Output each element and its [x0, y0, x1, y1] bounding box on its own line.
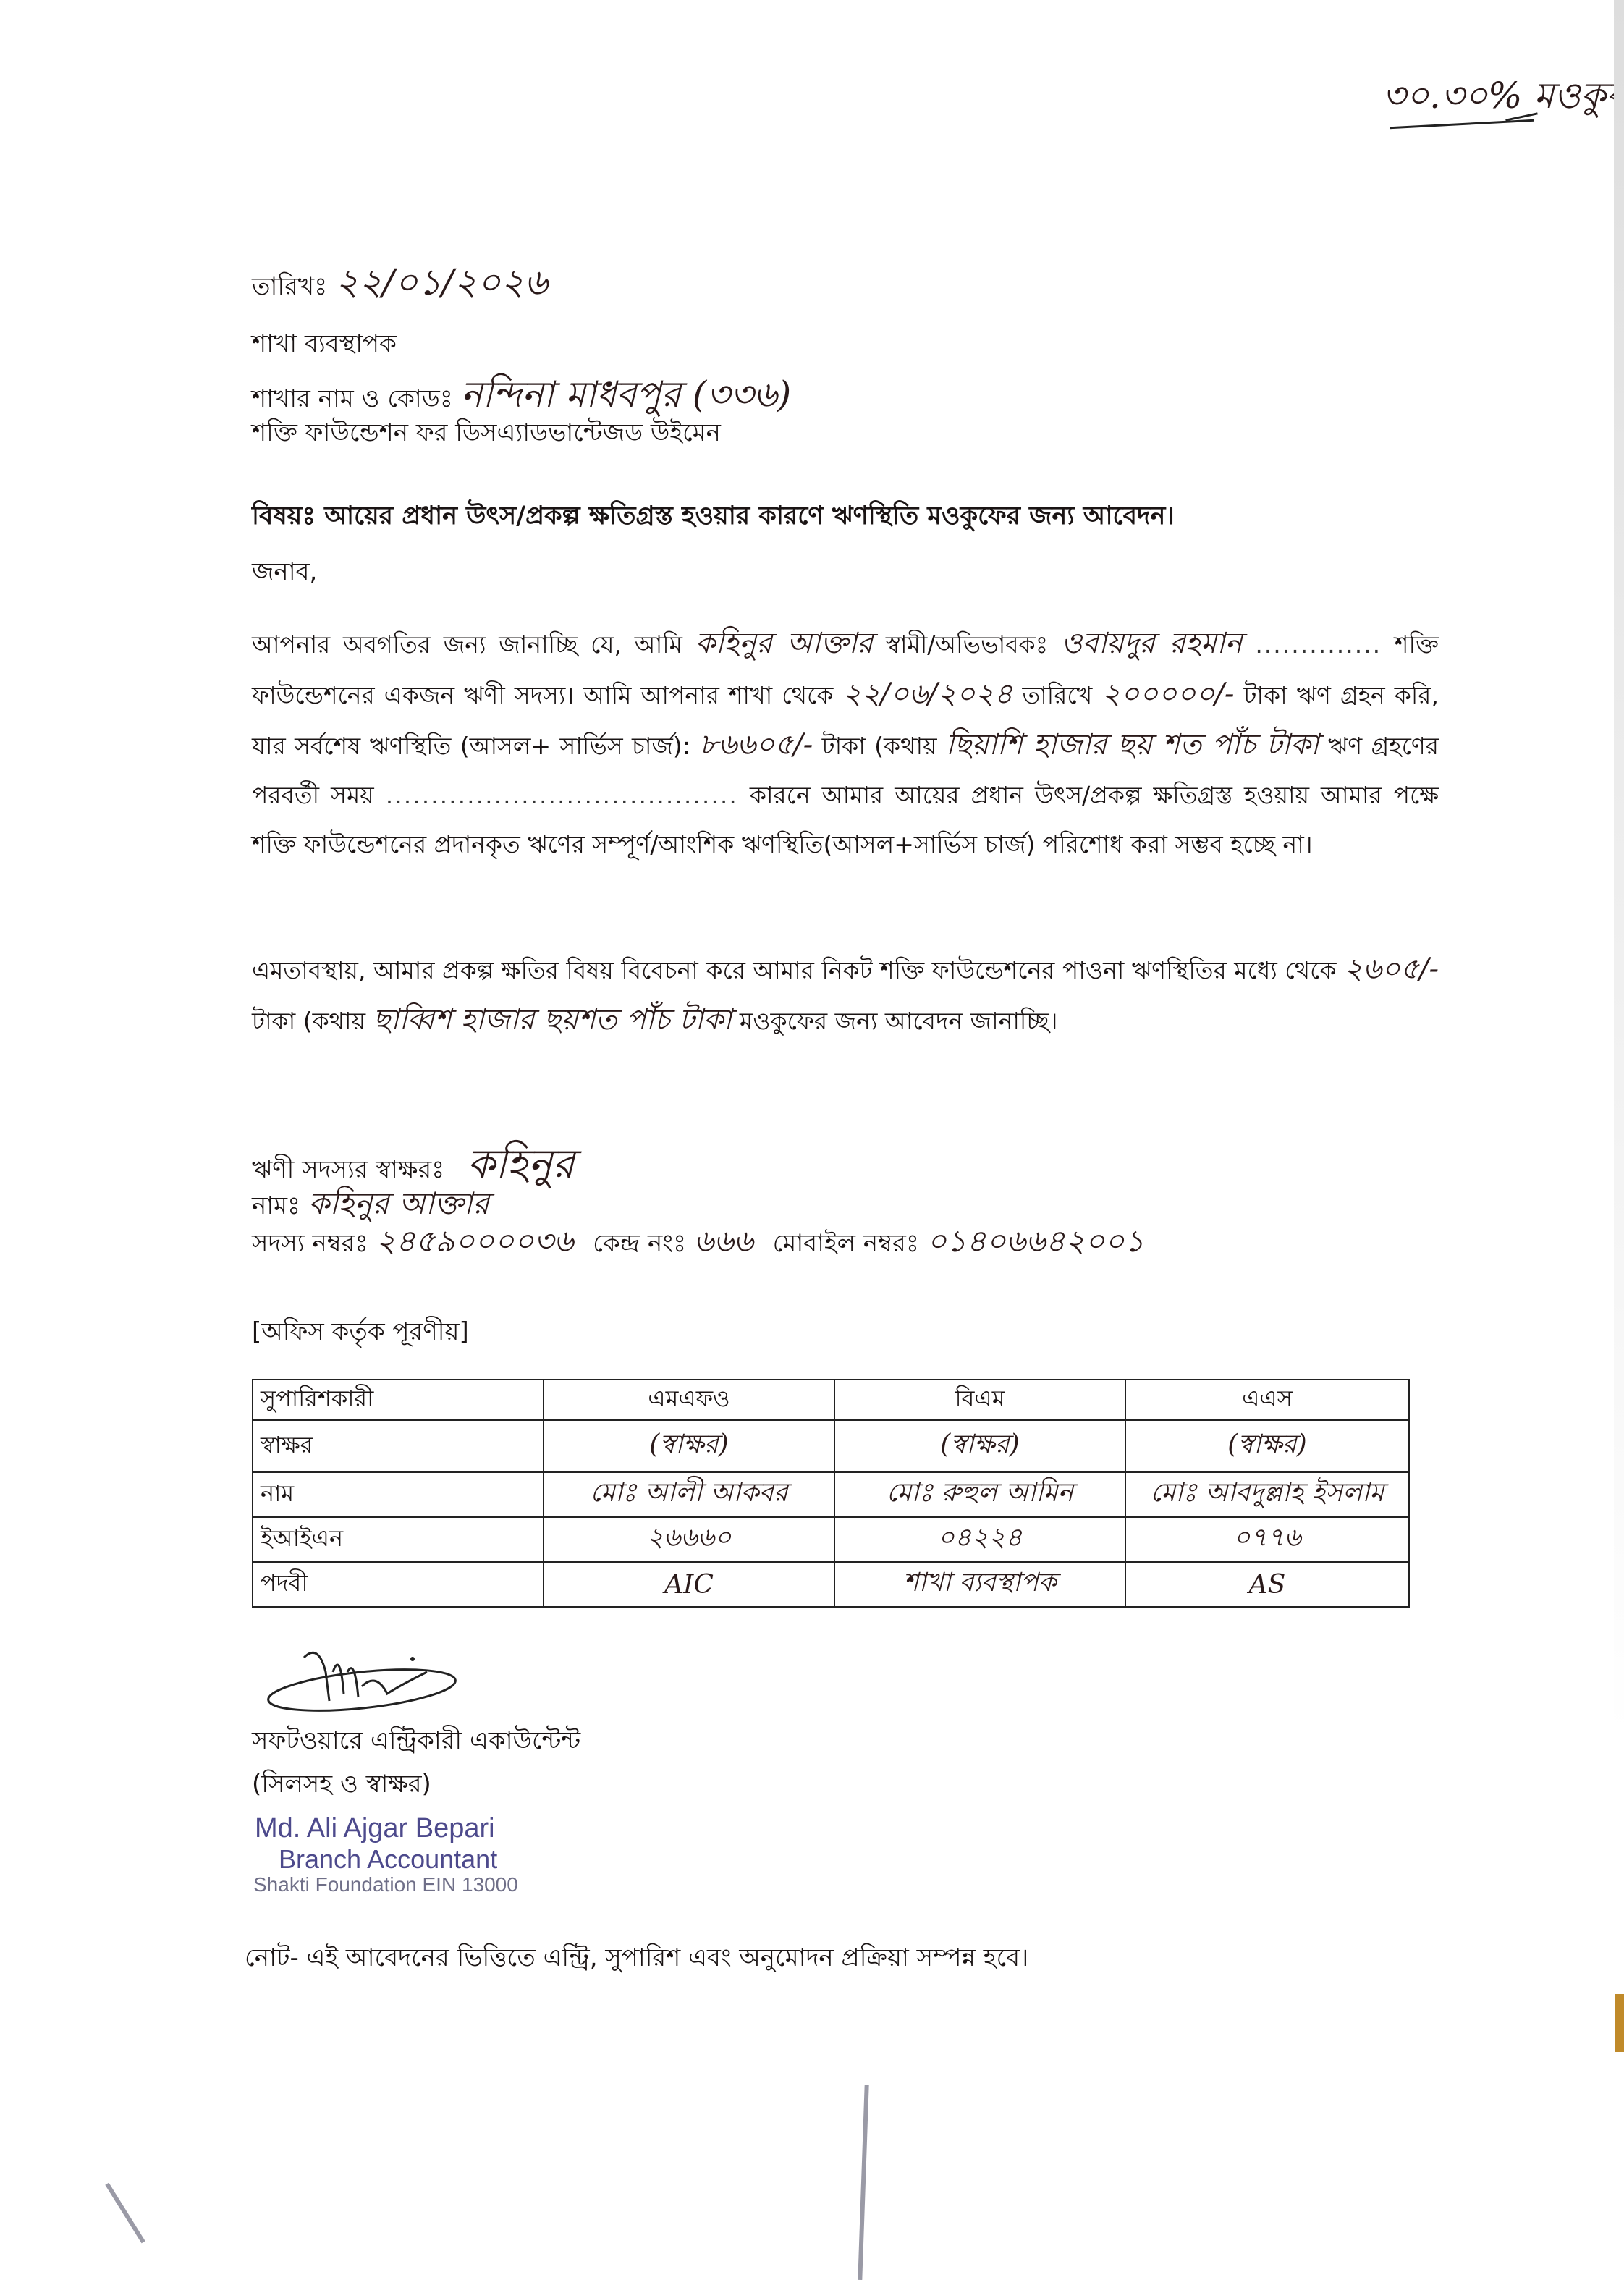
organization-name: শক্তি ফাউন্ডেশন ফর ডিসএ্যাডভান্টেজড উইমে… — [252, 418, 721, 448]
office-use-note: [অফিস কর্তৃক পূরণীয়] — [252, 1317, 469, 1347]
footer-note: নোট- এই আবেদনের ভিত্তিতে এন্ট্রি, সুপারি… — [245, 1943, 1028, 1973]
waiver-words-field: ছাব্বিশ হাজার ছয়শত পাঁচ টাকা — [373, 1003, 732, 1036]
table-row: পদবী AIC শাখা ব্যবস্থাপক AS — [253, 1562, 1409, 1607]
header-cell: এমএফও — [544, 1380, 834, 1420]
row-label: ইআইএন — [253, 1517, 544, 1562]
scan-scratch — [858, 2085, 868, 2280]
text: টাকা (কথায় — [252, 1007, 365, 1035]
table-row: স্বাক্ষর (স্বাক্ষর) (স্বাক্ষর) (স্বাক্ষর… — [253, 1420, 1409, 1472]
text: তারিখে — [1022, 681, 1092, 709]
table-row: নাম মোঃ আলী আকবর মোঃ রুহুল আমিন মোঃ আবদু… — [253, 1472, 1409, 1517]
salutation: জনাব, — [252, 557, 317, 587]
date-label: তারিখঃ — [252, 272, 327, 301]
guardian-name-field: ওবায়দুর রহমান — [1061, 627, 1243, 660]
recommendation-table: সুপারিশকারী এমএফও বিএম এএস স্বাক্ষর (স্ব… — [252, 1379, 1410, 1608]
center-value: ৬৬৬ — [694, 1223, 753, 1259]
table-cell: ০৪২২৪ — [834, 1517, 1125, 1562]
text: স্বামী/অভিভাবকঃ — [886, 630, 1048, 659]
branch-label: শাখার নাম ও কোডঃ — [252, 384, 453, 413]
header-cell: এএস — [1125, 1380, 1409, 1420]
page-edge-bleed — [1614, 0, 1624, 1737]
member-signature-label: ঋণী সদস্যর স্বাক্ষরঃ — [252, 1155, 444, 1184]
loan-date-field: ২২/০৬/২০২৪ — [842, 677, 1012, 711]
table-row: ইআইএন ২৬৬৬০ ০৪২২৪ ০৭৭৬ — [253, 1517, 1409, 1562]
signature-cell: (স্বাক্ষর) — [834, 1420, 1125, 1472]
subject-line: বিষয়ঃ আয়ের প্রধান উৎস/প্রকল্প ক্ষতিগ্র… — [252, 501, 1175, 531]
date-line: তারিখঃ ২২/০১/২০২৬ — [252, 261, 548, 304]
member-signature-line: ঋণী সদস্যর স্বাক্ষরঃ কহিনুর — [252, 1140, 575, 1188]
table-cell: মোঃ আবদুল্লাহ ইসলাম — [1125, 1472, 1409, 1517]
member-no-label: সদস্য নম্বরঃ — [252, 1229, 368, 1258]
row-label: পদবী — [253, 1562, 544, 1607]
outstanding-amount-field: ৮৬৬০৫/- — [699, 728, 813, 761]
table-cell: ২৬৬৬০ — [544, 1517, 834, 1562]
table-cell: ০৭৭৬ — [1125, 1517, 1409, 1562]
header-cell: সুপারিশকারী — [253, 1380, 544, 1420]
table-cell: মোঃ রুহুল আমিন — [834, 1472, 1125, 1517]
signature-cell: (স্বাক্ষর) — [1125, 1420, 1409, 1472]
row-label: স্বাক্ষর — [253, 1420, 544, 1472]
row-label: নাম — [253, 1472, 544, 1517]
signature-cell: (স্বাক্ষর) — [544, 1420, 834, 1472]
member-no-value: ২৪৫৯০০০০৩৬ — [376, 1223, 573, 1259]
member-details-line: সদস্য নম্বরঃ ২৪৫৯০০০০৩৬ কেন্দ্র নংঃ ৬৬৬ … — [252, 1223, 1144, 1259]
member-name-line: নামঃ কহিনুর আক্তার — [252, 1186, 489, 1222]
stamp-organization: Shakti Foundation EIN 13000 — [253, 1873, 518, 1896]
branch-line: শাখার নাম ও কোডঃ নন্দিনা মাধবপুর (৩৩৬) — [252, 373, 791, 416]
waiver-amount-field: ২৬০৫/- — [1344, 953, 1439, 986]
table-cell: AIC — [544, 1562, 834, 1607]
table-cell: শাখা ব্যবস্থাপক — [834, 1562, 1125, 1607]
mobile-value: ০১৪০৬৬৪২০০১ — [927, 1223, 1144, 1259]
dotted-line: .............. — [1255, 630, 1382, 659]
member-signature: কহিনুর — [467, 1141, 575, 1188]
application-paragraph-2: এমতাবস্থায়, আমার প্রকল্প ক্ষতির বিষয় ব… — [252, 945, 1439, 1046]
center-label: কেন্দ্র নংঃ — [593, 1229, 686, 1258]
table-header-row: সুপারিশকারী এমএফও বিএম এএস — [253, 1380, 1409, 1420]
date-value: ২২/০১/২০২৬ — [335, 261, 548, 303]
stamp-name: Md. Ali Ajgar Bepari — [255, 1813, 495, 1844]
member-name-value: কহিনুর আক্তার — [308, 1186, 489, 1221]
branch-value: নন্দিনা মাধবপুর (৩৩৬) — [461, 373, 792, 415]
table-cell: মোঃ আলী আকবর — [544, 1472, 834, 1517]
text: টাকা (কথায় — [822, 732, 937, 760]
accountant-title: সফটওয়ারে এন্ট্রিকারী একাউন্টেন্ট — [252, 1726, 580, 1756]
text: আপনার অবগতির জন্য জানাচ্ছি যে, আমি — [252, 630, 682, 659]
waiver-percentage-note: ৩০.৩০% মওকুফ — [1382, 69, 1624, 129]
loan-amount-field: ২০০০০০/- — [1101, 677, 1234, 711]
page-edge-tab — [1615, 1994, 1624, 2052]
outstanding-words-field: ছিয়াশি হাজার ছয় শত পাঁচ টাকা — [946, 728, 1319, 761]
text: এমতাবস্থায়, আমার প্রকল্প ক্ষতির বিষয় ব… — [252, 956, 1337, 984]
seal-note: (সিলসহ ও স্বাক্ষর) — [252, 1770, 431, 1799]
accountant-signature-icon — [261, 1643, 478, 1723]
member-name-label: নামঃ — [252, 1191, 300, 1220]
member-name-field: কহিনুর আক্তার — [695, 627, 873, 660]
table-cell: AS — [1125, 1562, 1409, 1607]
application-paragraph-1: আপনার অবগতির জন্য জানাচ্ছি যে, আমি কহিনু… — [252, 619, 1439, 869]
dotted-line: ....................................... — [386, 781, 738, 809]
stamp-title: Branch Accountant — [279, 1844, 497, 1875]
text: মওকুফের জন্য আবেদন জানাচ্ছি। — [740, 1007, 1058, 1035]
mobile-label: মোবাইল নম্বরঃ — [773, 1229, 919, 1258]
header-cell: বিএম — [834, 1380, 1125, 1420]
scan-scratch — [105, 2183, 145, 2244]
addressee-title: শাখা ব্যবস্থাপক — [252, 329, 397, 359]
